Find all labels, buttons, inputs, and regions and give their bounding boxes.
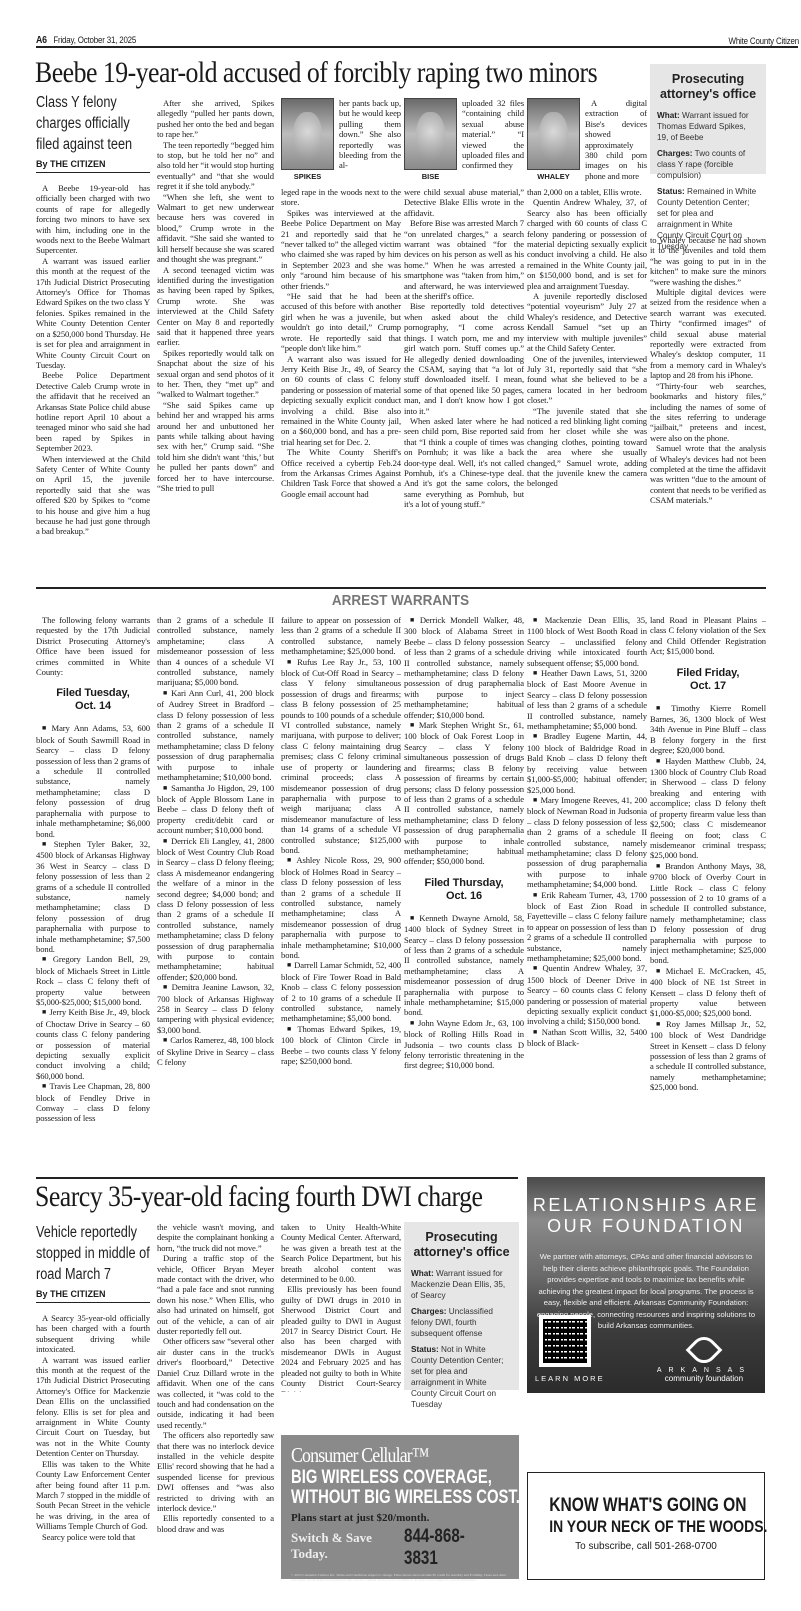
paragraph: Samuel wrote that the analysis of Whaley… <box>650 443 766 505</box>
story1-deck: Class Y felony charges officially filed … <box>36 92 150 155</box>
section-divider <box>36 1177 518 1179</box>
header-rule <box>36 46 798 48</box>
paragraph: The officers also reportedly saw that th… <box>157 1430 274 1513</box>
ad-cta: Switch & Save Today. <box>291 1530 398 1562</box>
paragraph: “Thirty-four web searches, bookmarks and… <box>650 381 766 443</box>
paragraph: than 2,000 on a tablet, Ellis wrote. <box>527 187 647 197</box>
warrant-entry: Jerry Keith Bise Jr., 49, block of Choct… <box>36 1007 150 1081</box>
fact-box-title: Prosecuting attorney's office <box>657 72 759 102</box>
story2-deck: Vehicle reportedly stopped in middle of … <box>36 1222 150 1285</box>
paragraph: A second teenaged victim was identified … <box>157 265 274 348</box>
warrant-entry: Kenneth Dwayne Arnold, 58, 1400 block of… <box>404 913 524 1018</box>
warrant-entry: Roy James Millsap Jr., 52, 100 block of … <box>650 1019 766 1093</box>
mugshot-whaley <box>527 98 580 170</box>
warrant-entry: Stephen Tyler Baker, 32, 4500 block of A… <box>36 839 150 954</box>
acf-logo-icon <box>686 1332 723 1369</box>
ad-headline-line2: WITHOUT BIG WIRELESS COST. <box>291 1488 461 1508</box>
paragraph: Searcy police were told that <box>36 1532 150 1542</box>
paragraph: Spikes reportedly would talk on Snapchat… <box>157 348 274 400</box>
paragraph: Beebe Police Department Detective Caleb … <box>36 370 150 453</box>
story2-col2: the vehicle wasn't moving, and despite t… <box>157 1222 274 1607</box>
paragraph: A Beebe 19-year-old has officially been … <box>36 183 150 256</box>
paragraph: The teen reportedly “begged him to stop,… <box>157 140 274 192</box>
warrants-col2: than 2 grams of a schedule II controlled… <box>157 615 274 1145</box>
paragraph: One of the juveniles, interviewed July 3… <box>527 354 647 406</box>
mugshot-spikes <box>281 98 334 170</box>
warrant-entry: Quentin Andrew Whaley, 37, 1500 block of… <box>527 963 647 1026</box>
warrant-entry: Bradley Eugene Martin, 44, 100 block of … <box>527 731 647 794</box>
warrant-entry: Darrell Lamar Schmidt, 52, 400 block of … <box>281 960 401 1023</box>
paragraph: During a traffic stop of the vehicle, Of… <box>157 1253 274 1336</box>
warrant-entry: Rufus Lee Ray Jr., 53, 100 block of Cut-… <box>281 657 401 856</box>
story1-col3: leged rape in the woods next to the stor… <box>281 187 401 539</box>
ad-headline-line1: BIG WIRELESS COVERAGE, <box>291 1468 461 1488</box>
warrants-col5: Mackenzie Dean Ellis, 35, 1100 block of … <box>527 615 647 1145</box>
fact-status: Status: Not in White County Detention Ce… <box>411 1344 512 1410</box>
paragraph: “The juvenile stated that she noticed a … <box>527 406 647 489</box>
warrant-entry: Thomas Edward Spikes, 19, 100 block of C… <box>281 1024 401 1067</box>
story1-col2: After she arrived, Spikes allegedly “pul… <box>157 98 274 538</box>
paragraph: When asked later where he had seen child… <box>404 416 524 510</box>
paragraph: Before Bise was arrested March 7 “on unr… <box>404 218 524 301</box>
paragraph: her pants back up, but he would keep pul… <box>339 98 401 171</box>
paragraph: A warrant was issued earlier this month … <box>36 1355 150 1459</box>
story1-col4: were child sexual abuse material,” Detec… <box>404 187 524 539</box>
warrant-entry: Hayden Matthew Clubb, 24, 1300 block of … <box>650 756 766 861</box>
paragraph: When interviewed at the Child Safety Cen… <box>36 454 150 537</box>
photo-caption-spikes: SPIKES <box>281 172 334 181</box>
warrant-entry: Travis Lee Chapman, 28, 800 block of Fen… <box>36 1081 150 1124</box>
paragraph: taken to Unity Health-White County Medic… <box>281 1222 401 1284</box>
story1-headline: Beebe 19-year-old accused of forcibly ra… <box>35 56 597 90</box>
warrants-intro: The following felony warrants requested … <box>36 615 150 677</box>
subscribe-ad[interactable]: KNOW WHAT'S GOING ON IN YOUR NECK OF THE… <box>527 1472 765 1580</box>
paragraph: The White County Sheriff's Office receiv… <box>281 447 401 499</box>
ad-plans: Plans start at just $20/month. <box>291 1512 509 1524</box>
warrants-col3: failure to appear on possession of less … <box>281 615 401 1145</box>
consumer-cellular-ad[interactable]: Consumer Cellular™ BIG WIRELESS COVERAGE… <box>281 1435 519 1579</box>
paragraph: A warrant was issued earlier this month … <box>36 256 150 370</box>
fact-box-title: Prosecuting attorney's office <box>411 1230 512 1260</box>
paragraph: Ellis previously has been found guilty o… <box>281 1284 401 1392</box>
paragraph: Quentin Andrew Whaley, 37, of Searcy als… <box>527 197 647 291</box>
warrant-entry: Mary Imogene Reeves, 41, 200 block of Ne… <box>527 795 647 890</box>
paragraph: A warrant also was issued for Jerry Keit… <box>281 354 401 448</box>
paragraph: Bise reportedly told detectives when ask… <box>404 301 524 415</box>
subscribe-line2: IN YOUR NECK OF THE WOODS. <box>549 1517 743 1537</box>
acf-title-line2: OUR FOUNDATION <box>527 1216 765 1237</box>
warrant-entry: Brandon Anthony Mays, 38, 9700 block of … <box>650 861 766 966</box>
story1-col6: to Whaley because he had shown it to the… <box>650 235 766 540</box>
warrants-col1: The following felony warrants requested … <box>36 615 150 1145</box>
acf-ad[interactable]: RELATIONSHIPS ARE OUR FOUNDATION We part… <box>527 1177 765 1393</box>
acf-logo: ARKANSAS community foundation <box>657 1337 751 1383</box>
warrant-entry: Ashley Nicole Ross, 29, 900 block of Hol… <box>281 855 401 960</box>
paragraph: “She said Spikes came up behind her and … <box>157 400 274 494</box>
issue-date: Friday, October 31, 2025 <box>53 35 136 45</box>
filed-friday-heading: Filed Friday, Oct. 17 <box>668 667 748 693</box>
subscribe-phone: To subscribe, call 501-268-0700 <box>528 1541 764 1552</box>
paragraph: A juvenile reportedly disclosed “potenti… <box>527 291 647 353</box>
filed-thursday-heading: Filed Thursday, Oct. 16 <box>419 877 509 903</box>
qr-code-icon[interactable] <box>539 1315 591 1367</box>
story2-byline: By THE CITIZEN <box>36 1289 150 1303</box>
photo-caption-bise: BISE <box>404 172 457 181</box>
warrant-entry: Derrick Mondell Walker, 48, 300 block of… <box>404 615 524 720</box>
story1-col4-top: uploaded 32 files “containing child sexu… <box>462 98 524 186</box>
paragraph: “He said that he had been accused of thi… <box>281 291 401 353</box>
fact-what: What: Warrant issued for Mackenzie Dean … <box>411 1268 512 1301</box>
story1-col3-top: her pants back up, but he would keep pul… <box>339 98 401 186</box>
warrant-entry: Carlos Ramerez, 48, 100 block of Skyline… <box>157 1035 274 1067</box>
subscribe-line1: KNOW WHAT'S GOING ON <box>549 1495 743 1517</box>
mugshot-bise <box>404 98 457 170</box>
warrant-entry: Derrick Eli Langley, 41, 2800 block of W… <box>157 836 274 983</box>
paragraph: uploaded 32 files “containing child sexu… <box>462 98 524 171</box>
publication-name: White County Citizen <box>729 36 799 46</box>
story1-col1: Class Y felony charges officially filed … <box>36 92 150 542</box>
warrant-entry: Mackenzie Dean Ellis, 35, 1100 block of … <box>527 615 647 668</box>
arrest-warrants-title: ARREST WARRANTS <box>40 592 761 609</box>
ad-brand: Consumer Cellular™ <box>291 1443 476 1468</box>
story1-col5: than 2,000 on a tablet, Ellis wrote. Que… <box>527 187 647 539</box>
story2-fact-box: Prosecuting attorney's office What: Warr… <box>404 1222 519 1390</box>
story2-headline: Searcy 35-year-old facing fourth DWI cha… <box>35 1180 482 1214</box>
fact-charges: Charges: Two counts of class Y rape (for… <box>657 148 759 181</box>
warrant-entry: Heather Dawn Laws, 51, 3200 block of Eas… <box>527 668 647 731</box>
warrant-entry: Mary Ann Adams, 53, 600 block of South S… <box>36 723 150 838</box>
story2-col1: Vehicle reportedly stopped in middle of … <box>36 1222 150 1607</box>
warrant-entry: Mark Stephen Wright Sr., 61, 100 block o… <box>404 720 524 867</box>
warrant-entry: Erik Raheam Turner, 43, 1700 block of Ea… <box>527 890 647 964</box>
story2-col3: taken to Unity Health-White County Medic… <box>281 1222 401 1392</box>
warrant-entry: Gregory Landon Bell, 29, block of Michae… <box>36 954 150 1007</box>
story1-col5-top: A digital extraction of Bise's devices s… <box>585 98 647 186</box>
paragraph: Other officers saw “several other air du… <box>157 1336 274 1430</box>
ad-phone[interactable]: 844-868-3831 <box>404 1526 488 1570</box>
warrants-col4: Derrick Mondell Walker, 48, 300 block of… <box>404 615 524 1145</box>
paragraph: were child sexual abuse material,” Detec… <box>404 187 524 218</box>
warrant-entry: John Wayne Edom Jr., 63, 100 block of Ro… <box>404 1018 524 1071</box>
paragraph: After she arrived, Spikes allegedly “pul… <box>157 98 274 140</box>
acf-title-line1: RELATIONSHIPS ARE <box>527 1195 765 1216</box>
warrant-entry: Samantha Jo Higdon, 29, 100 block of App… <box>157 783 274 836</box>
fact-charges: Charges: Unclassified felony DWI, fourth… <box>411 1306 512 1339</box>
warrant-entry: Kari Ann Curl, 41, 200 block of Audrey S… <box>157 688 274 783</box>
story1-fact-box: Prosecuting attorney's office What: Warr… <box>650 64 766 174</box>
page-header: A6 Friday, October 31, 2025 White County… <box>36 28 799 46</box>
paragraph: A Searcy 35-year-old officially has been… <box>36 1313 150 1355</box>
warrant-entry: Nathan Scott Willis, 32, 5400 block of B… <box>527 1027 647 1049</box>
story2-col1-text: A Searcy 35-year-old officially has been… <box>36 1313 150 1542</box>
warrant-entry: than 2 grams of a schedule II controlled… <box>157 615 274 688</box>
paragraph: Ellis reportedly consented to a blood dr… <box>157 1513 274 1534</box>
warrant-entry: Timothy Kierre Romell Barnes, 36, 1300 b… <box>650 703 766 756</box>
paragraph: Multiple digital devices were seized fro… <box>650 287 766 381</box>
learn-more-link[interactable]: LEARN MORE <box>535 1374 605 1383</box>
warrant-entry: Demitra Jeanine Lawson, 32, 700 block of… <box>157 982 274 1035</box>
paragraph: Spikes was interviewed at the Beebe Poli… <box>281 208 401 291</box>
paragraph: leged rape in the woods next to the stor… <box>281 187 401 208</box>
warrants-col6: land Road in Pleasant Plains – class C f… <box>650 615 766 1145</box>
paragraph: the vehicle wasn't moving, and despite t… <box>157 1222 274 1253</box>
photo-caption-whaley: WHALEY <box>527 172 580 181</box>
story1-col1-text: A Beebe 19-year-old has officially been … <box>36 183 150 537</box>
story1-byline: By THE CITIZEN <box>36 159 150 173</box>
section-divider <box>36 587 766 589</box>
paragraph: to Whaley because he had shown it to the… <box>650 235 766 287</box>
paragraph: Ellis was taken to the White County Law … <box>36 1459 150 1532</box>
filed-tuesday-heading: Filed Tuesday, Oct. 14 <box>48 687 138 713</box>
warrant-entry: land Road in Pleasant Plains – class C f… <box>650 615 766 657</box>
page-number: A6 <box>36 35 47 46</box>
warrant-entry: failure to appear on possession of less … <box>281 615 401 657</box>
ad-fine-print: © 2025 Consumer Cellular Inc. Terms and … <box>291 1573 509 1582</box>
warrant-entry: Michael E. McCracken, 45, 400 block of N… <box>650 966 766 1019</box>
fact-what: What: Warrant issued for Thomas Edward S… <box>657 110 759 143</box>
paragraph: A digital extraction of Bise's devices s… <box>585 98 647 181</box>
paragraph: “When she left, she went to Walmart to g… <box>157 192 274 265</box>
